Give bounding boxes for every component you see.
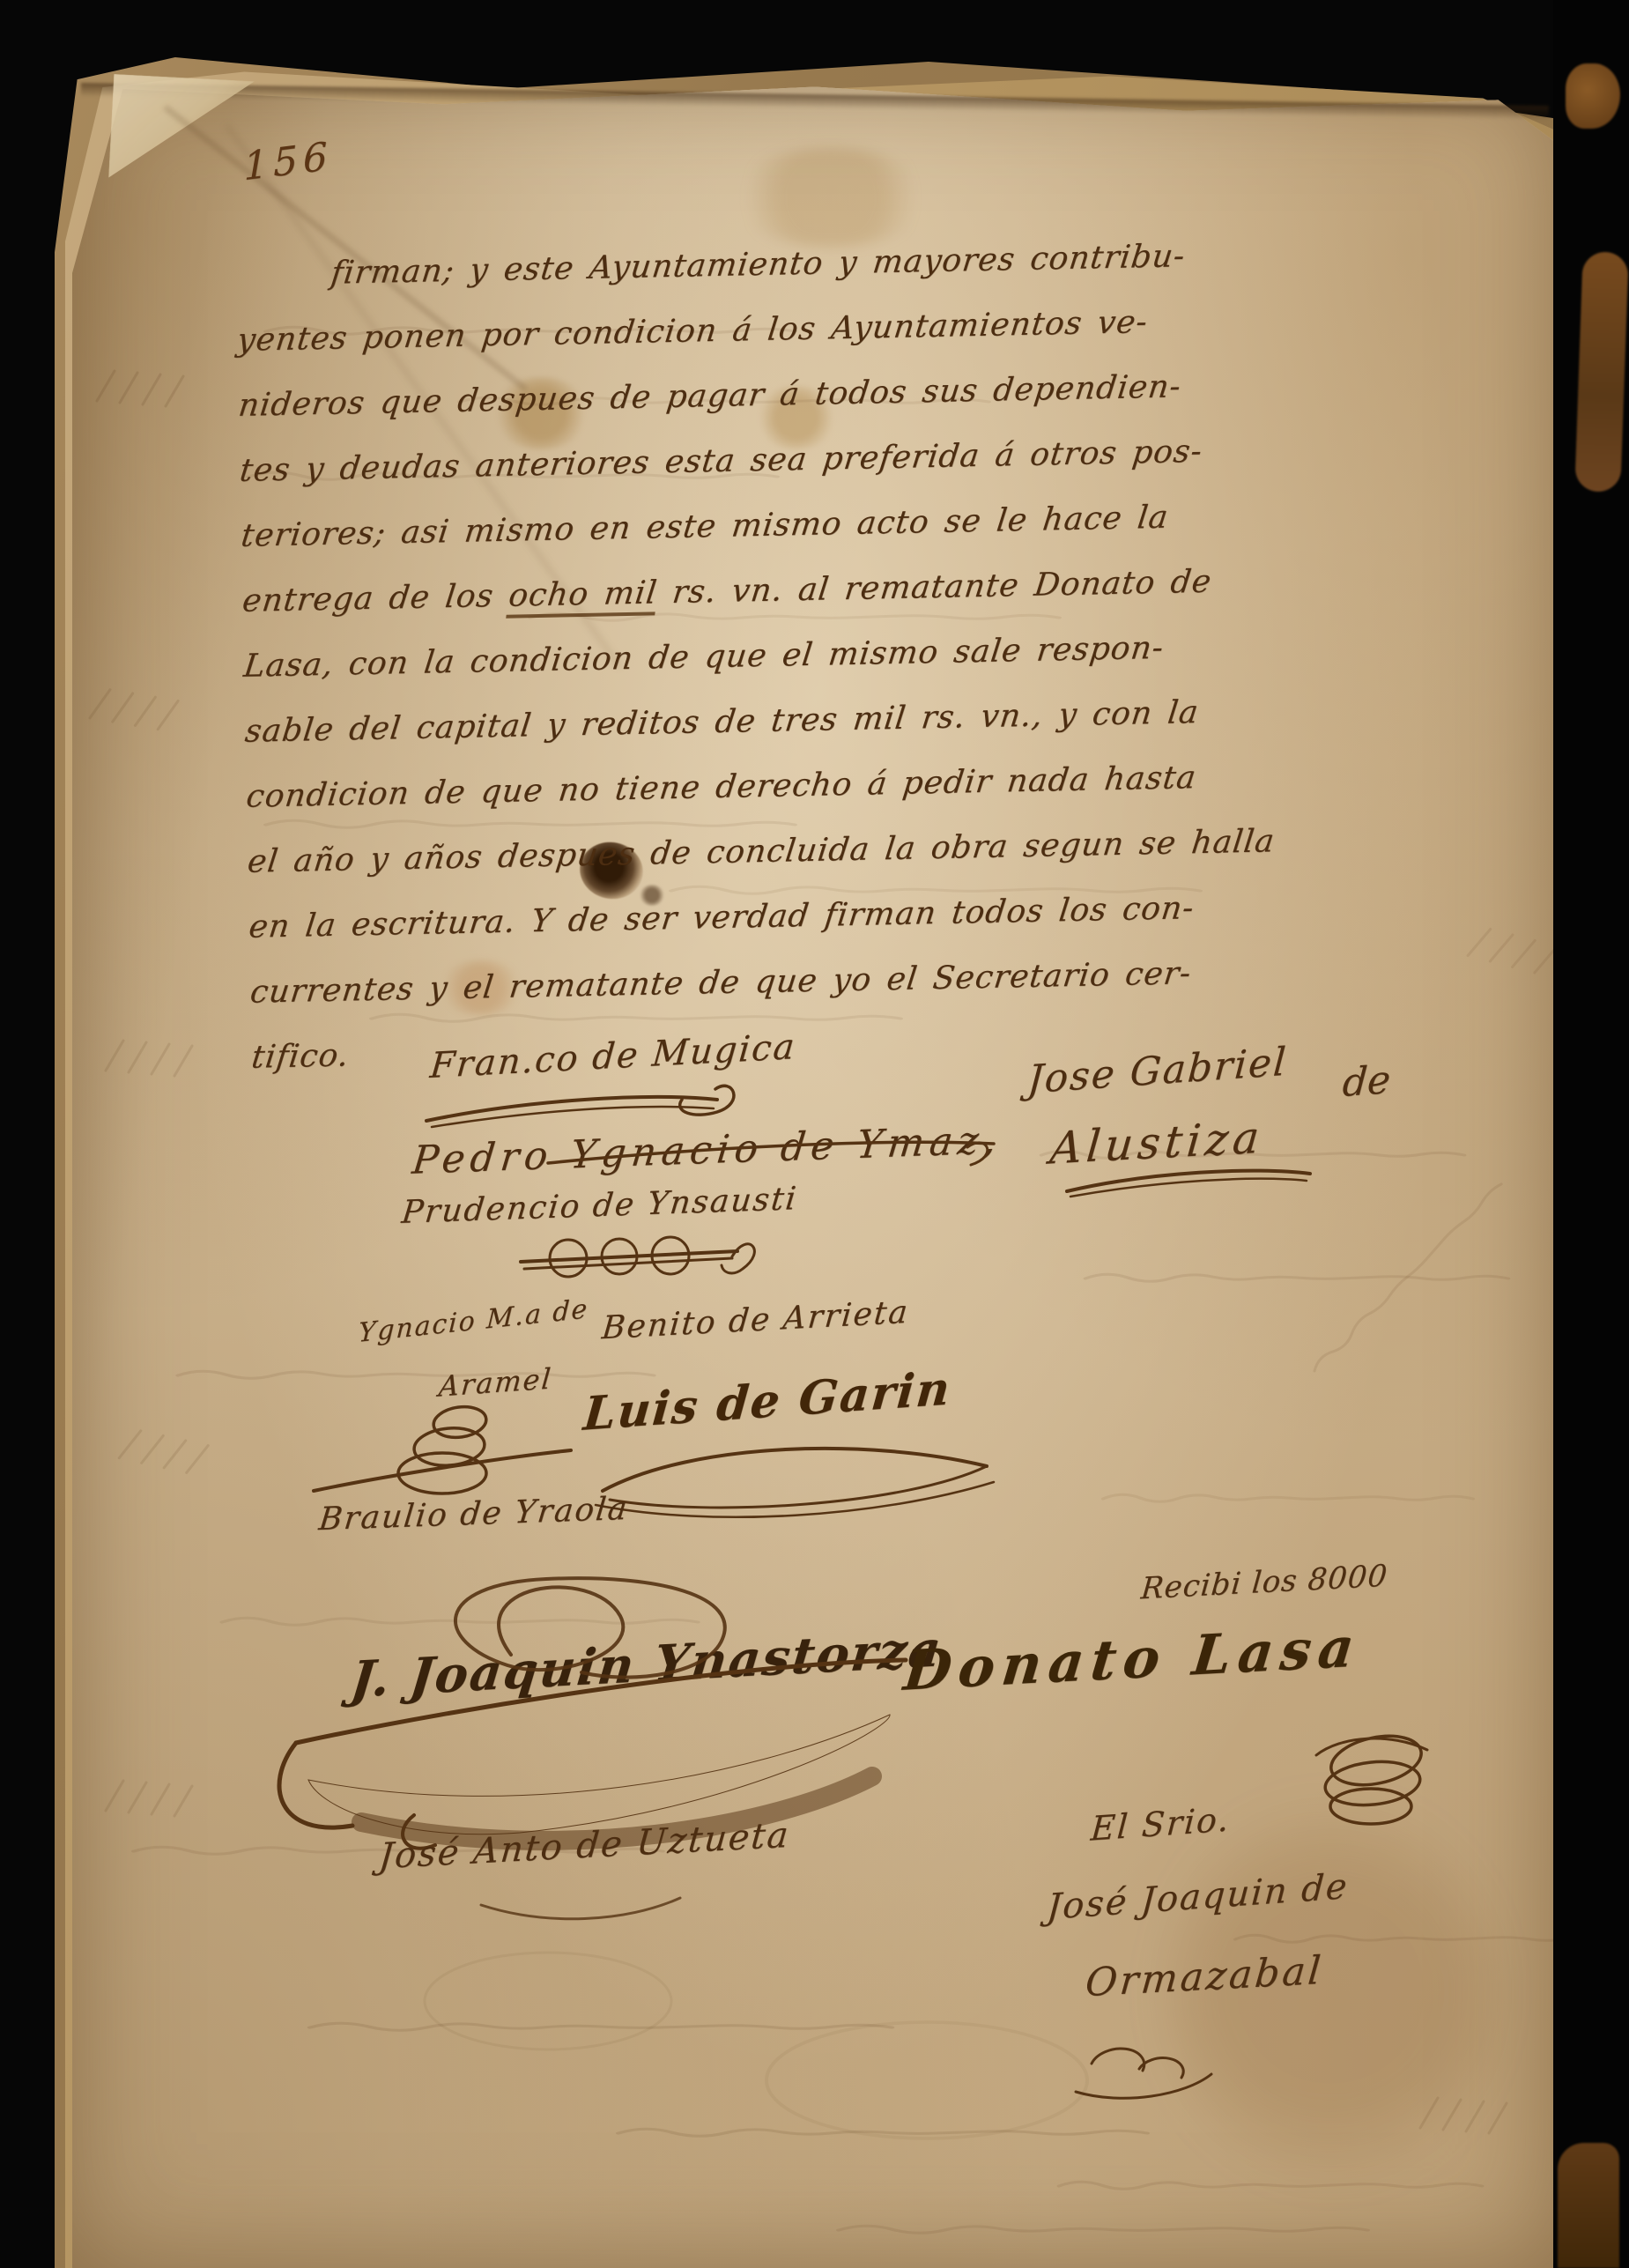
line6-pre: entrega de los: [241, 578, 511, 619]
signature-flourish-mugica: [421, 1077, 729, 1133]
signature-flourish-donato: [1314, 1729, 1438, 1834]
signature-flourish-aramel: [310, 1399, 574, 1498]
signature-flourish-ormazabal: [1070, 2025, 1220, 2106]
signature-flourish-jose-anto: [476, 1887, 687, 1933]
archival-photo: 156 firman; y este Ayuntamiento y mayore…: [0, 0, 1629, 2268]
manuscript-body: firman; y este Ayuntamiento y mayores co…: [229, 237, 1273, 1105]
signature-flourish-prudencio: [515, 1232, 749, 1286]
signature-jose-gabriel-de: de: [1341, 1057, 1392, 1106]
underlined-amount: ocho mil: [507, 574, 660, 618]
page-edge-stain: [1566, 63, 1620, 129]
signature-flourish-garin: [589, 1436, 1011, 1521]
page-edge-stain: [1558, 2143, 1619, 2268]
signature-flourish-pedro: [544, 1133, 1011, 1172]
signature-flourish-alustiza: [1062, 1161, 1317, 1204]
page-edge-stain: [1574, 251, 1628, 493]
